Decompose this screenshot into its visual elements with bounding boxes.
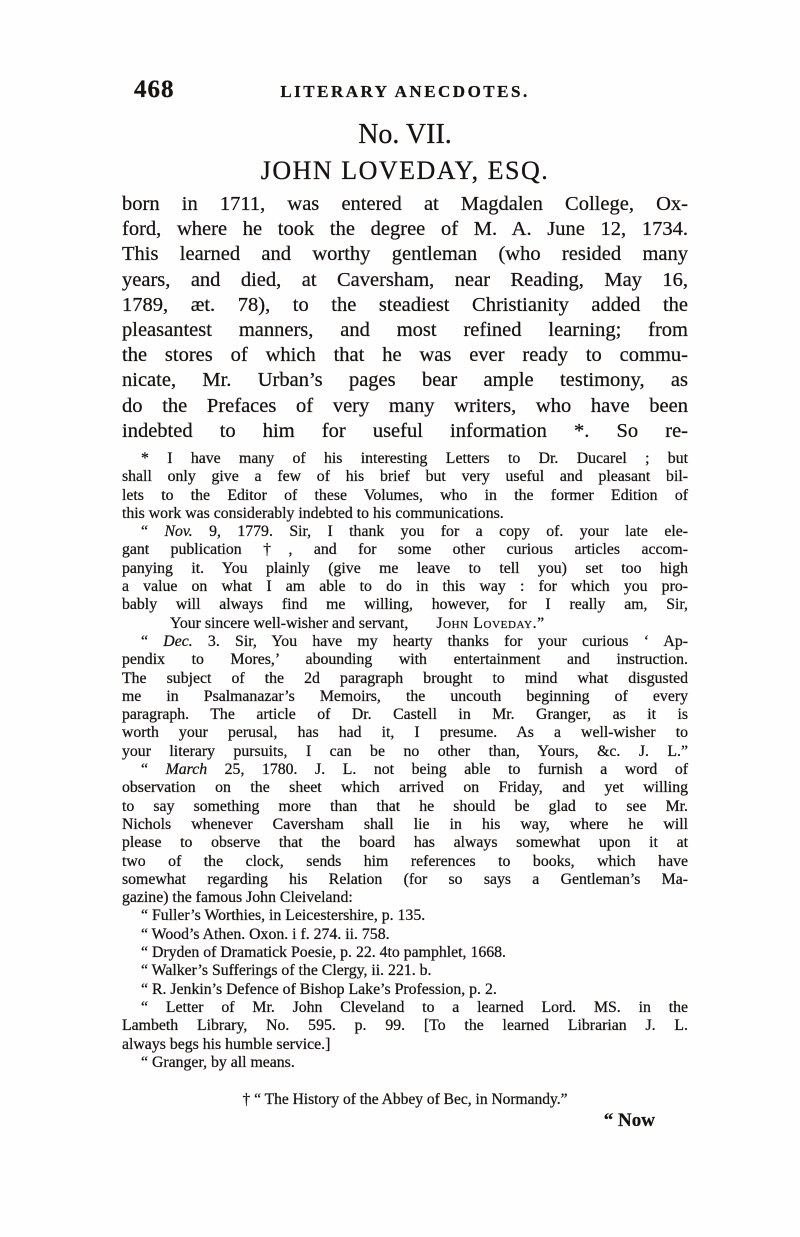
text-line: this work was considerably indebted to h… [122, 505, 688, 523]
italic-text: Nov. [164, 523, 192, 540]
catchword: “ Now [122, 1110, 688, 1132]
text-line: “ Dec. 3. Sir, You have my hearty thanks… [122, 633, 688, 651]
text-line: worth your perusal, has had it, I presum… [122, 724, 688, 742]
text-line: Nichols whenever Caversham shall lie in … [122, 816, 688, 834]
text-line: to say something more than that he shoul… [122, 798, 688, 816]
text-line: gazine) the famous John Cleiveland: [122, 889, 688, 907]
text-line: “ Dryden of Dramatick Poesie, p. 22. 4to… [122, 944, 688, 962]
text-line: a value on what I am able to do in this … [122, 578, 688, 596]
footnote-text: * I have many of his interesting Letters… [122, 450, 688, 1072]
text-line: “ Granger, by all means. [122, 1054, 688, 1072]
text-line: shall only give a few of his brief but v… [122, 468, 688, 486]
text-line: the stores of which that he was ever rea… [122, 343, 688, 368]
running-head: LITERARY ANECDOTES. [122, 82, 688, 102]
text-line: years, and died, at Caversham, near Read… [122, 268, 688, 293]
text-line: me in Psalmanazar’s Memoirs, the uncouth… [122, 688, 688, 706]
text-line: “ Nov. 9, 1779. Sir, I thank you for a c… [122, 523, 688, 541]
text-line: The subject of the 2d paragraph brought … [122, 670, 688, 688]
text-line: “ Wood’s Athen. Oxon. i f. 274. ii. 758. [122, 926, 688, 944]
text-line: paragraph. The article of Dr. Castell in… [122, 706, 688, 724]
text-line: nicate, Mr. Urban’s pages bear ample tes… [122, 368, 688, 393]
section-heading: No. VII. [122, 119, 688, 151]
text-line: This learned and worthy gentleman (who r… [122, 242, 688, 267]
article-title: JOHN LOVEDAY, ESQ. [122, 156, 688, 186]
text-line: your literary pursuits, I can be no othe… [122, 743, 688, 761]
text-line: “ March 25, 1780. J. L. not being able t… [122, 761, 688, 779]
text-line: 1789, æt. 78), to the steadiest Christia… [122, 293, 688, 318]
text-line: observation on the sheet which arrived o… [122, 779, 688, 797]
text-line: “ Fuller’s Worthies, in Leicestershire, … [122, 907, 688, 925]
text-line: somewhat regarding his Relation (for so … [122, 871, 688, 889]
text-line: indebted to him for useful information *… [122, 419, 688, 444]
text-line: born in 1711, was entered at Magdalen Co… [122, 192, 688, 217]
text-line: pleasantest manners, and most refined le… [122, 318, 688, 343]
text-line: ford, where he took the degree of M. A. … [122, 217, 688, 242]
text-line: Lambeth Library, No. 595. p. 99. [To the… [122, 1017, 688, 1035]
italic-text: Dec. [163, 633, 192, 650]
small-caps-name: John Loveday. [436, 615, 537, 632]
text-line: “ R. Jenkin’s Defence of Bishop Lake’s P… [122, 981, 688, 999]
page-header: 468 LITERARY ANECDOTES. [122, 76, 688, 106]
text-line: Your sincere well-wisher and servant, Jo… [122, 615, 688, 633]
text-line: two of the clock, sends him references t… [122, 853, 688, 871]
body-text: born in 1711, was entered at Magdalen Co… [122, 192, 688, 444]
text-line: panying it. You plainly (give me leave t… [122, 560, 688, 578]
text-line: please to observe that the board has alw… [122, 834, 688, 852]
text-line: always begs his humble service.] [122, 1036, 688, 1054]
italic-text: March [166, 761, 208, 778]
text-line: lets to the Editor of these Volumes, who… [122, 487, 688, 505]
text-line: “ Letter of Mr. John Cleveland to a lear… [122, 999, 688, 1017]
text-line: gant publication †, and for some other c… [122, 541, 688, 559]
text-line: pendix to Mores,’ abounding with enterta… [122, 651, 688, 669]
text-line: * I have many of his interesting Letters… [122, 450, 688, 468]
text-line: “ Walker’s Sufferings of the Clergy, ii.… [122, 962, 688, 980]
text-line: bably will always find me willing, howev… [122, 596, 688, 614]
book-page: 468 LITERARY ANECDOTES. No. VII. JOHN LO… [0, 0, 800, 1237]
text-line: do the Prefaces of very many writers, wh… [122, 394, 688, 419]
dagger-footnote: † “ The History of the Abbey of Bec, in … [122, 1091, 688, 1109]
